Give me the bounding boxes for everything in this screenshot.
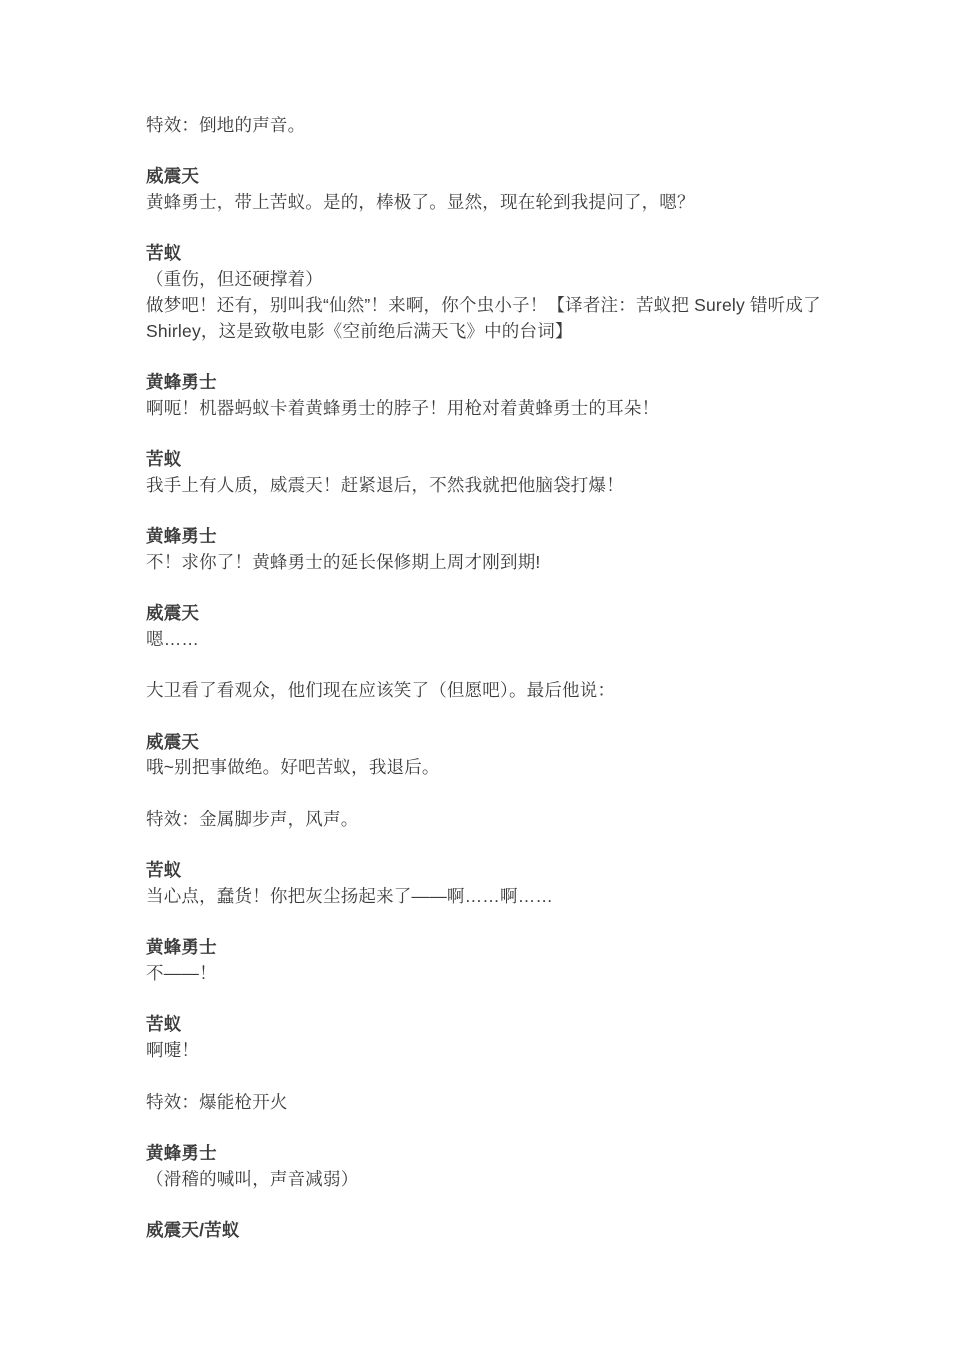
dialogue-line: Shirley，这是致敬电影《空前绝后满天飞》中的台词】 (146, 319, 846, 345)
dialogue-block: 威震天哦~别把事做绝。好吧苦蚁，我退后。 (146, 730, 846, 781)
speaker-name: 威震天 (146, 601, 846, 627)
dialogue-line: 我手上有人质，威震天！赶紧退后，不然我就把他脑袋打爆！ (146, 473, 846, 499)
speaker-name: 黄蜂勇士 (146, 524, 846, 550)
dialogue-block: 黄蜂勇士啊呃！机器蚂蚁卡着黄蜂勇士的脖子！用枪对着黄蜂勇士的耳朵！ (146, 370, 846, 421)
dialogue-block: 威震天嗯…… (146, 601, 846, 652)
speaker-name: 黄蜂勇士 (146, 935, 846, 961)
dialogue-line: 哦~别把事做绝。好吧苦蚁，我退后。 (146, 755, 846, 781)
speaker-name: 苦蚁 (146, 447, 846, 473)
dialogue-block: 苦蚁我手上有人质，威震天！赶紧退后，不然我就把他脑袋打爆！ (146, 447, 846, 498)
dialogue-line: 不！求你了！黄蜂勇士的延长保修期上周才刚到期! (146, 550, 846, 576)
sfx-line: 特效：金属脚步声，风声。 (146, 807, 846, 833)
dialogue-line: 当心点，蠢货！你把灰尘扬起来了——啊……啊…… (146, 884, 846, 910)
dialogue-block: 黄蜂勇士不！求你了！黄蜂勇士的延长保修期上周才刚到期! (146, 524, 846, 575)
dialogue-block: 苦蚁（重伤，但还硬撑着）做梦吧！还有，别叫我“仙然”！来啊，你个虫小子！【译者注… (146, 241, 846, 344)
action-line: 大卫看了看观众，他们现在应该笑了（但愿吧）。最后他说： (146, 678, 846, 704)
sfx-block: 特效：爆能枪开火 (146, 1090, 846, 1116)
dialogue-line: 不——！ (146, 961, 846, 987)
speaker-name: 苦蚁 (146, 241, 846, 267)
speaker-name: 黄蜂勇士 (146, 370, 846, 396)
speaker-name: 黄蜂勇士 (146, 1141, 846, 1167)
dialogue-line: （滑稽的喊叫，声音减弱） (146, 1167, 846, 1193)
sfx-line: 特效：爆能枪开火 (146, 1090, 846, 1116)
dialogue-block: 苦蚁啊嚏！ (146, 1012, 846, 1063)
speaker-name: 苦蚁 (146, 858, 846, 884)
script-document-page: 特效：倒地的声音。威震天黄蜂勇士，带上苦蚁。是的，棒极了。显然，现在轮到我提问了… (146, 113, 846, 1244)
dialogue-block: 黄蜂勇士不——！ (146, 935, 846, 986)
speaker-name: 威震天 (146, 164, 846, 190)
dialogue-line: 啊呃！机器蚂蚁卡着黄蜂勇士的脖子！用枪对着黄蜂勇士的耳朵！ (146, 396, 846, 422)
dialogue-line: 啊嚏！ (146, 1038, 846, 1064)
dialogue-block: 苦蚁当心点，蠢货！你把灰尘扬起来了——啊……啊…… (146, 858, 846, 909)
sfx-line: 特效：倒地的声音。 (146, 113, 846, 139)
dialogue-line: 黄蜂勇士，带上苦蚁。是的，棒极了。显然，现在轮到我提问了，嗯？ (146, 190, 846, 216)
sfx-block: 特效：倒地的声音。 (146, 113, 846, 139)
dialogue-block: 威震天黄蜂勇士，带上苦蚁。是的，棒极了。显然，现在轮到我提问了，嗯？ (146, 164, 846, 215)
speaker-only-block: 威震天/苦蚁 (146, 1218, 846, 1244)
dialogue-line: （重伤，但还硬撑着） (146, 267, 846, 293)
dialogue-line: 做梦吧！还有，别叫我“仙然”！来啊，你个虫小子！【译者注：苦蚁把 Surely … (146, 293, 846, 319)
action-block: 大卫看了看观众，他们现在应该笑了（但愿吧）。最后他说： (146, 678, 846, 704)
dialogue-line: 嗯…… (146, 627, 846, 653)
speaker-name: 威震天/苦蚁 (146, 1218, 846, 1244)
sfx-block: 特效：金属脚步声，风声。 (146, 807, 846, 833)
speaker-name: 威震天 (146, 730, 846, 756)
speaker-name: 苦蚁 (146, 1012, 846, 1038)
dialogue-block: 黄蜂勇士（滑稽的喊叫，声音减弱） (146, 1141, 846, 1192)
